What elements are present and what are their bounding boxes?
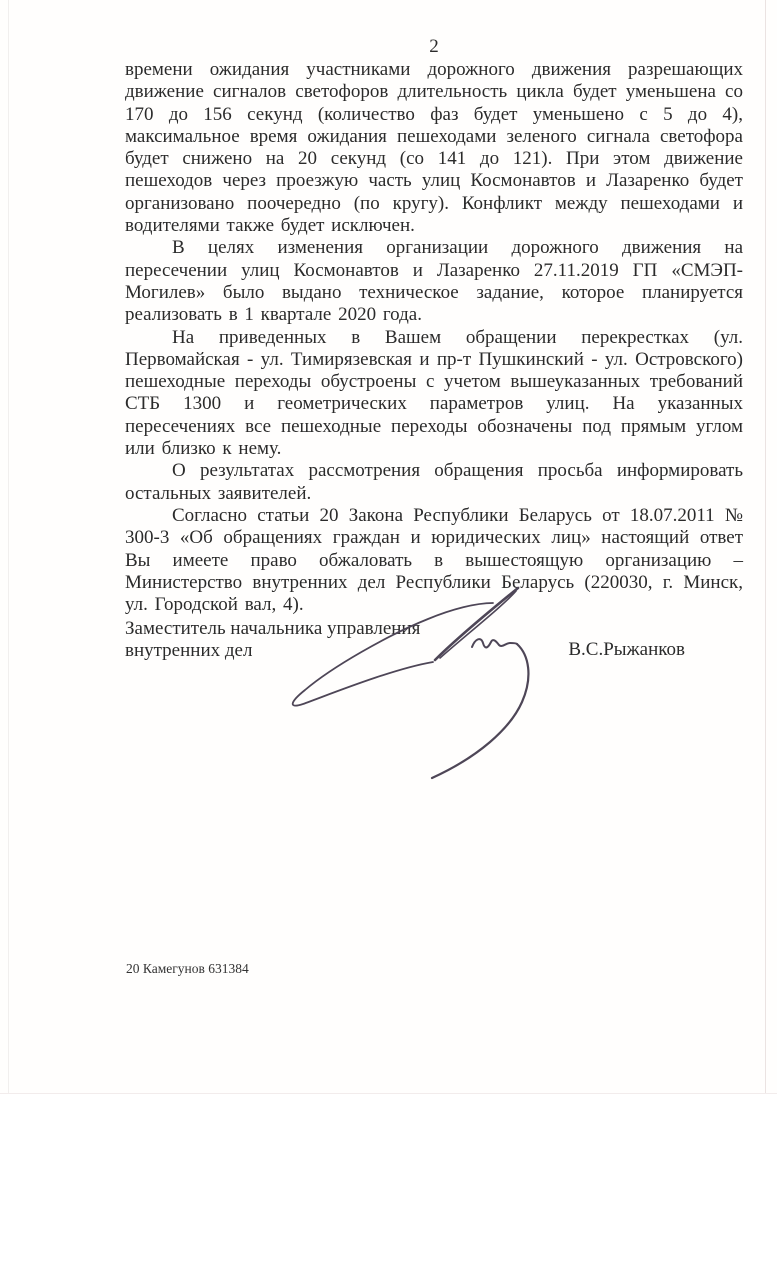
footer-note: 20 Камегунов 631384	[126, 960, 249, 977]
signer-title: Заместитель начальника управления внутре…	[125, 618, 420, 663]
body-paragraph-5: Согласно статьи 20 Закона Республики Бел…	[125, 505, 743, 616]
body-paragraph-1: времени ожидания участниками дорожного д…	[125, 59, 743, 237]
signer-name: В.С.Рыжанков	[568, 639, 743, 662]
scan-edge-right	[765, 0, 766, 1093]
signature-block: Заместитель начальника управления внутре…	[125, 618, 743, 663]
page-number: 2	[125, 36, 743, 58]
body-paragraph-4: О результатах рассмотрения обращения про…	[125, 460, 743, 505]
scan-edge-bottom	[0, 1093, 777, 1094]
letter-body: 2 времени ожидания участниками дорожного…	[125, 36, 743, 616]
scanned-letter-page: 2 времени ожидания участниками дорожного…	[0, 0, 777, 1280]
scan-edge-left	[8, 0, 9, 1093]
body-paragraph-3: На приведенных в Вашем обращении перекре…	[125, 327, 743, 461]
body-paragraph-2: В целях изменения организации дорожного …	[125, 237, 743, 326]
